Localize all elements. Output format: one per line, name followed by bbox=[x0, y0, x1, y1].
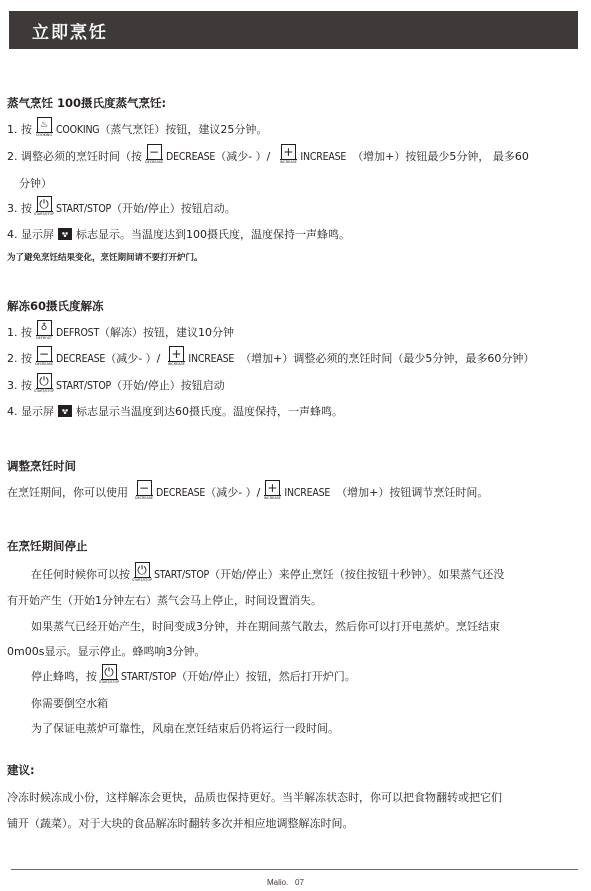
stop-para-3: 停止蜂鸣，按 ⏻ START/STOP START/STOP （开始/停止）按钮… bbox=[31, 670, 356, 685]
page-header-bar: 立即烹饪 bbox=[9, 11, 578, 49]
adjust-line: 在烹饪期间，你可以使用 − DECREASE DECREASE （减少- ）/ … bbox=[7, 486, 488, 501]
section-title-steam: 蒸气烹饪 100摄氏度蒸气烹饪: bbox=[7, 95, 166, 111]
decrease-button-icon: − DECREASE bbox=[134, 480, 154, 501]
footer-divider bbox=[11, 869, 578, 870]
defrost-step-4: 4. 显示屏 标志显示当温度到达60摄氏度。温度保持，一声蜂鸣。 bbox=[7, 405, 343, 419]
start-stop-button-icon: ⏻ START/STOP bbox=[132, 562, 152, 583]
decrease-button-icon: − DECREASE bbox=[144, 144, 164, 165]
section-title-stop: 在烹饪期间停止 bbox=[7, 538, 88, 554]
footer: Malio. 07 bbox=[267, 878, 304, 887]
steam-step-2-wrap: 分钟） bbox=[19, 177, 52, 191]
section-title-defrost: 解冻60摄氏度解冻 bbox=[7, 298, 104, 314]
stop-para-1: 在任何时候你可以按 ⏻ START/STOP START/STOP （开始/停止… bbox=[31, 568, 504, 583]
stop-para-5: 为了保证电蒸炉可靠性，风扇在烹饪结束后仍将运行一段时间。 bbox=[31, 722, 339, 736]
start-stop-button-icon: ⏻ START/STOP bbox=[34, 196, 54, 217]
start-stop-button-icon: ⏻ START/STOP bbox=[99, 664, 119, 685]
steam-display-icon bbox=[58, 228, 72, 240]
steam-step-4: 4. 显示屏 标志显示。当温度达到100摄氏度，温度保持一声蜂鸣。 bbox=[7, 228, 350, 242]
steam-step-3: 3. 按 ⏻ START/STOP START/STOP （开始/停止）按钮启动… bbox=[7, 202, 236, 217]
section-title-tips: 建议: bbox=[7, 762, 35, 778]
cooking-button-icon: ♨ COOKING bbox=[34, 117, 54, 138]
steam-step-1: 1. 按 ♨ COOKING COOKING （蒸气烹饪）按钮，建议25分钟。 bbox=[7, 123, 267, 138]
tips-line-2: 铺开（蔬菜）。对于大块的食品解冻时翻转多次并相应地调整解冻时间。 bbox=[7, 817, 354, 831]
defrost-step-3: 3. 按 ⏻ START/STOP START/STOP （开始/停止）按钮启动 bbox=[7, 379, 225, 394]
footer-brand: Malio. bbox=[267, 878, 288, 887]
page-number: 07 bbox=[295, 878, 304, 887]
start-stop-button-icon: ⏻ START/STOP bbox=[34, 373, 54, 394]
page-title: 立即烹饪 bbox=[32, 18, 108, 43]
tips-line-1: 冷冻时候冻成小份，这样解冻会更快，品质也保持更好。当半解冻状态时，你可以把食物翻… bbox=[7, 791, 502, 805]
increase-button-icon: + INCREASE bbox=[262, 480, 282, 501]
defrost-step-1: 1. 按 ♁ DEFROST DEFROST （解冻）按钮，建议10分钟 bbox=[7, 326, 234, 341]
stop-para-2-line-2: 0m00s显示。显示停止。蜂鸣响3分钟。 bbox=[7, 645, 205, 659]
defrost-button-icon: ♁ DEFROST bbox=[34, 320, 54, 341]
stop-para-2-line-1: 如果蒸气已经开始产生，时间变成3分钟，并在期间蒸气散去，然后你可以打开电蒸炉。烹… bbox=[31, 620, 500, 634]
section-title-adjust: 调整烹饪时间 bbox=[7, 458, 76, 474]
stop-para-4: 你需要倒空水箱 bbox=[31, 697, 108, 711]
increase-button-icon: + INCREASE bbox=[278, 144, 298, 165]
steam-step-2: 2. 调整必须的烹饪时间（按 − DECREASE DECREASE （减少- … bbox=[7, 150, 529, 165]
increase-button-icon: + INCREASE bbox=[166, 346, 186, 367]
steam-note: 为了避免烹饪结果变化，烹饪期间请不要打开炉门。 bbox=[7, 251, 203, 265]
stop-para-1-wrap: 有开始产生（开始1分钟左右）蒸气会马上停止，时间设置消失。 bbox=[7, 594, 322, 608]
decrease-button-icon: − DECREASE bbox=[34, 346, 54, 367]
defrost-display-icon bbox=[58, 405, 72, 417]
defrost-step-2: 2. 按 − DECREASE DECREASE （减少- ）/ + INCRE… bbox=[7, 352, 534, 367]
